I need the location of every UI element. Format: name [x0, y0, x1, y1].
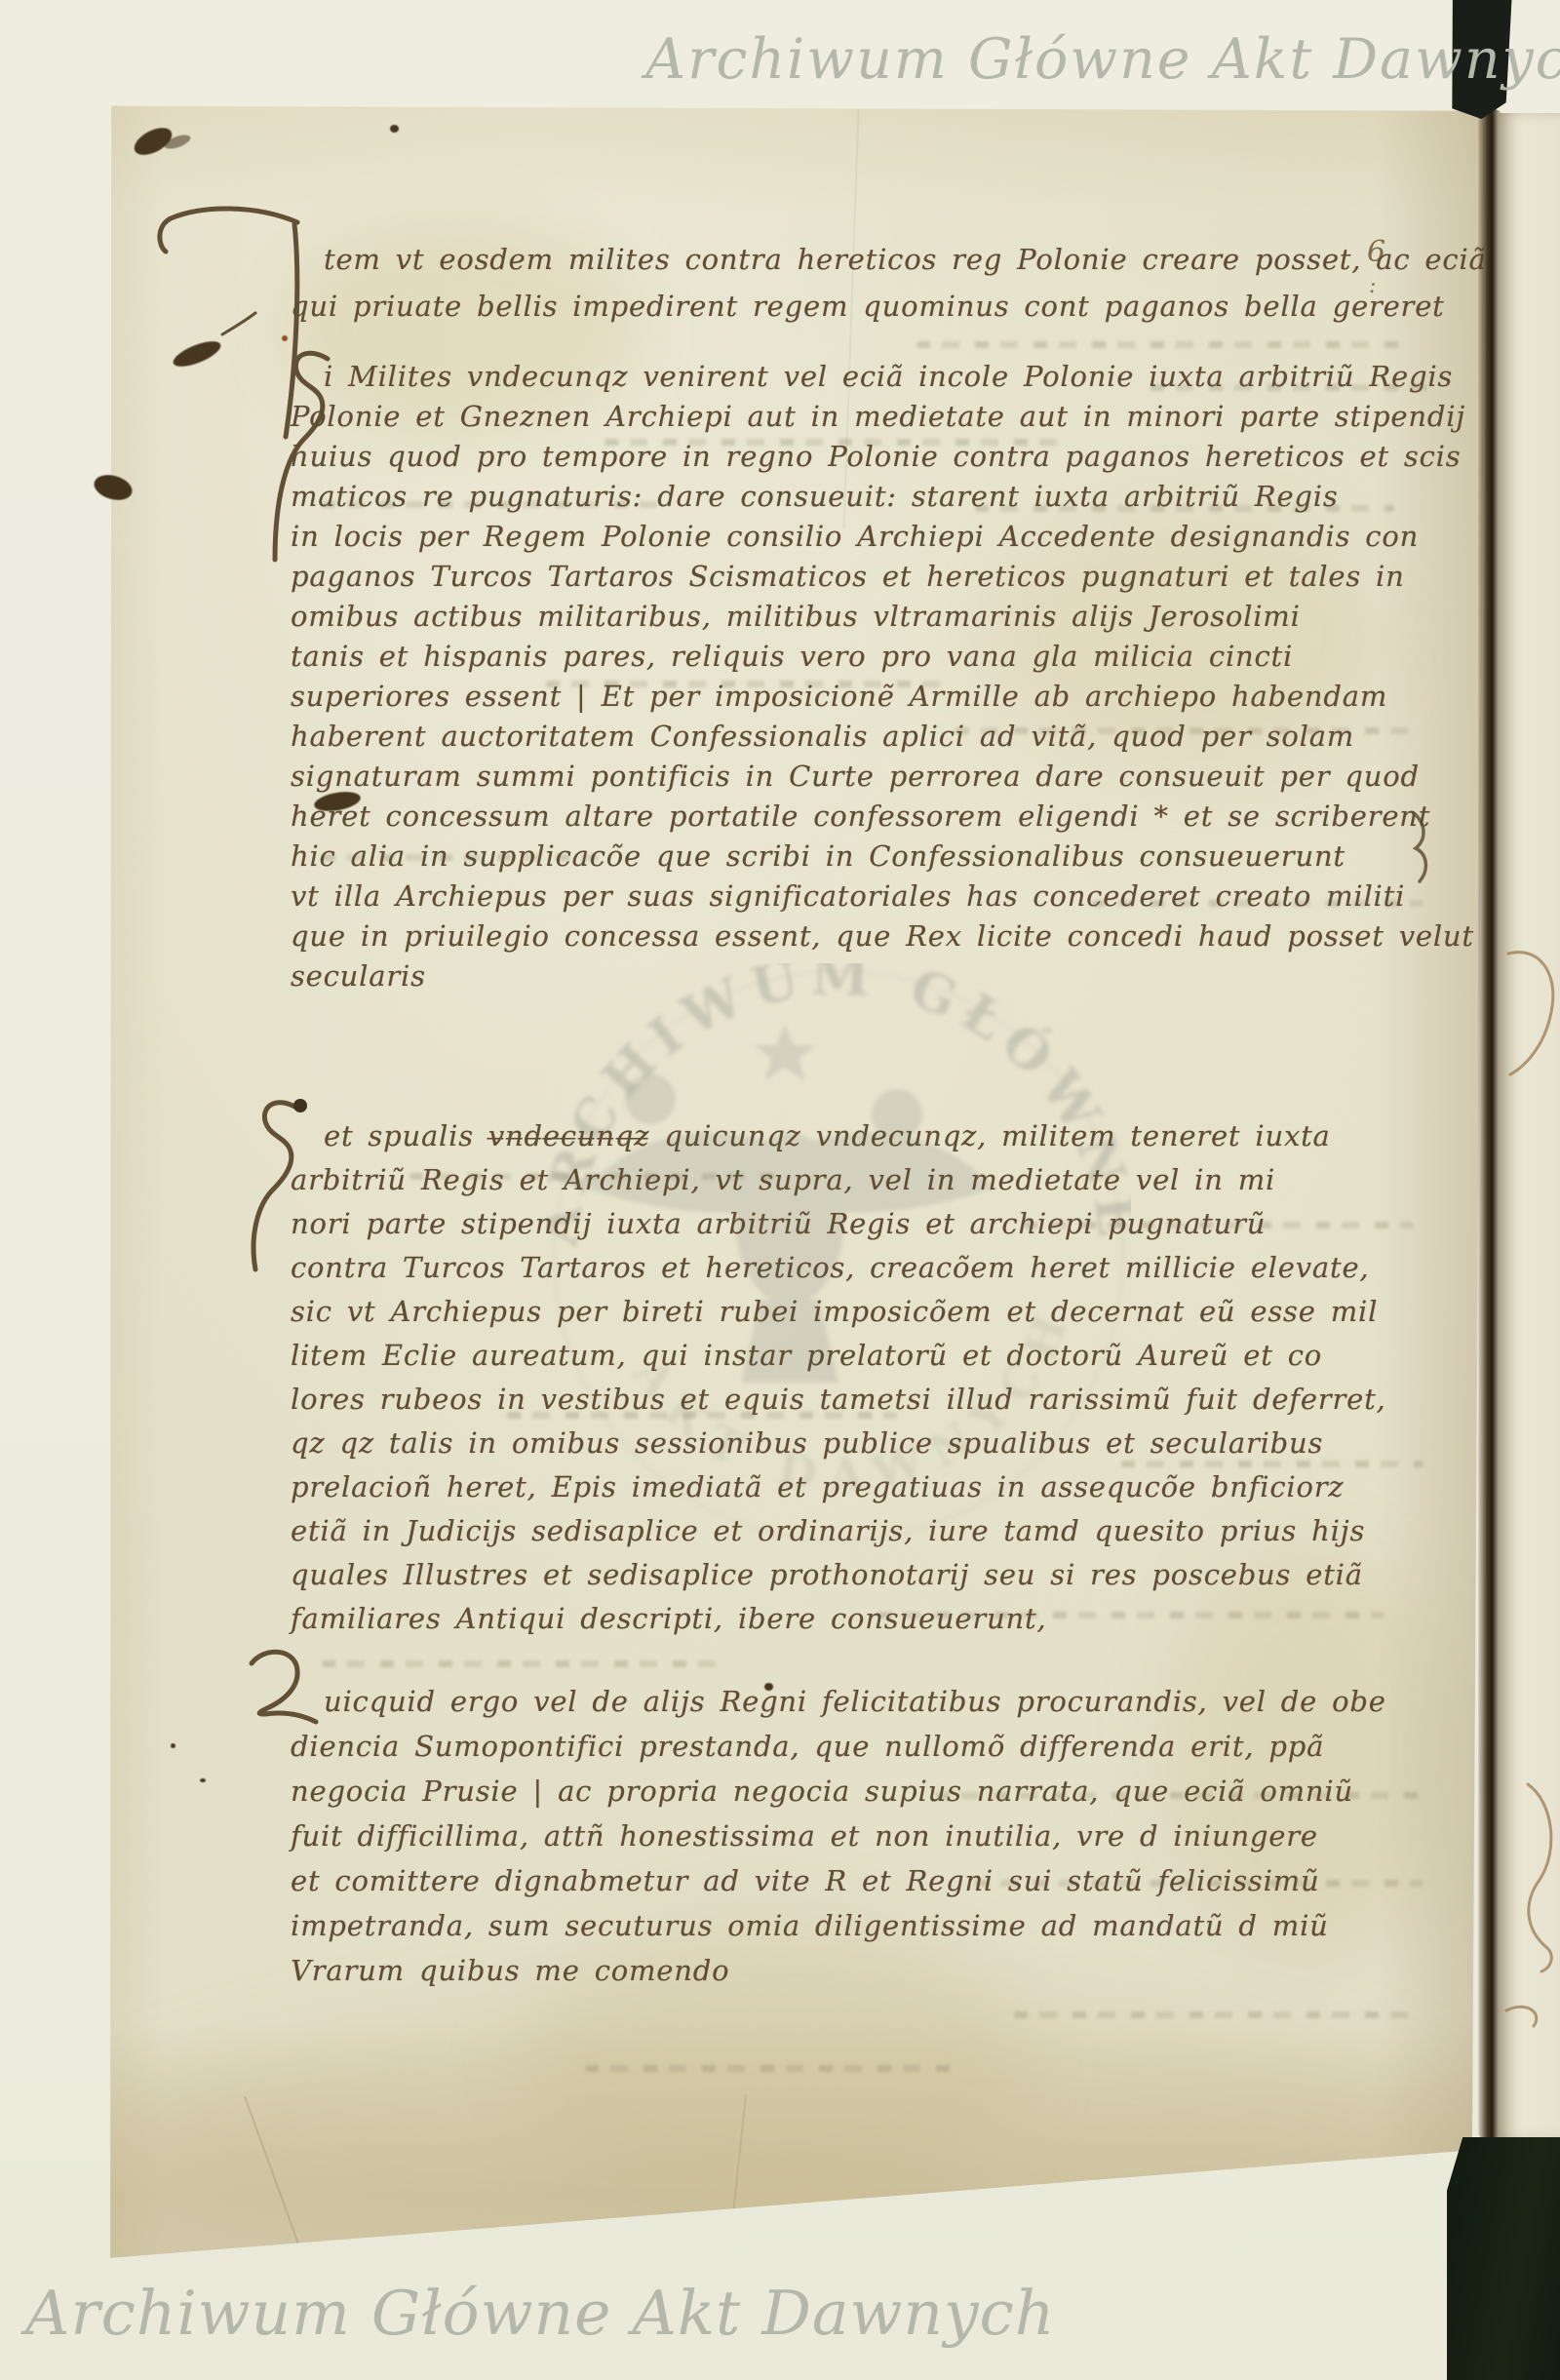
flourish-stroke	[1528, 1784, 1551, 1971]
paper-grain-texture	[109, 103, 1486, 2260]
flourish-stroke	[1506, 2007, 1537, 2026]
archival-scan: ARCHIWUM GŁÓWNE AKT DAWNYCH	[0, 0, 1560, 2380]
binding-background	[1447, 2137, 1560, 2380]
manuscript-page: ARCHIWUM GŁÓWNE AKT DAWNYCH	[109, 103, 1486, 2260]
adjacent-page-flourishes	[1499, 113, 1560, 2139]
flourish-stroke	[1508, 953, 1553, 1074]
adjacent-page-edge	[1499, 113, 1560, 2139]
watermark-text-top: Archiwum Główne Akt Dawnych	[645, 27, 1560, 92]
watermark-text-bottom: Archiwum Główne Akt Dawnych	[25, 2278, 1055, 2349]
